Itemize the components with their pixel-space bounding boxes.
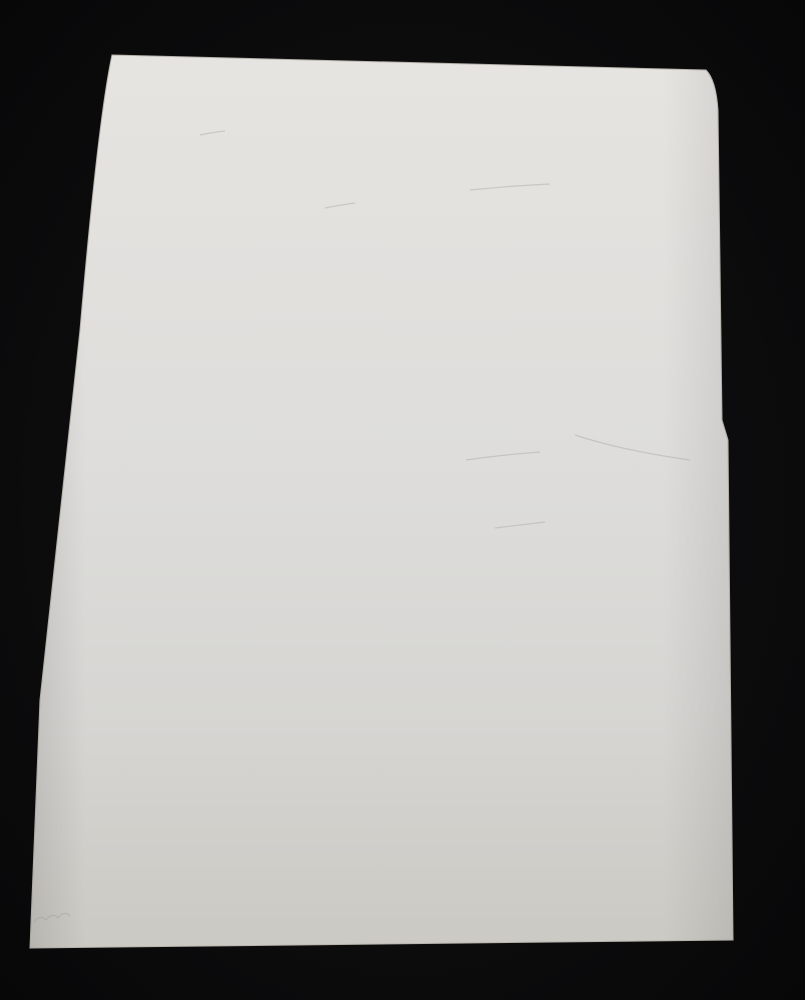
paper-sheet [0,0,805,1000]
photo-scene: illegible pencil mark [0,0,805,1000]
pencil-scribble [30,900,90,930]
